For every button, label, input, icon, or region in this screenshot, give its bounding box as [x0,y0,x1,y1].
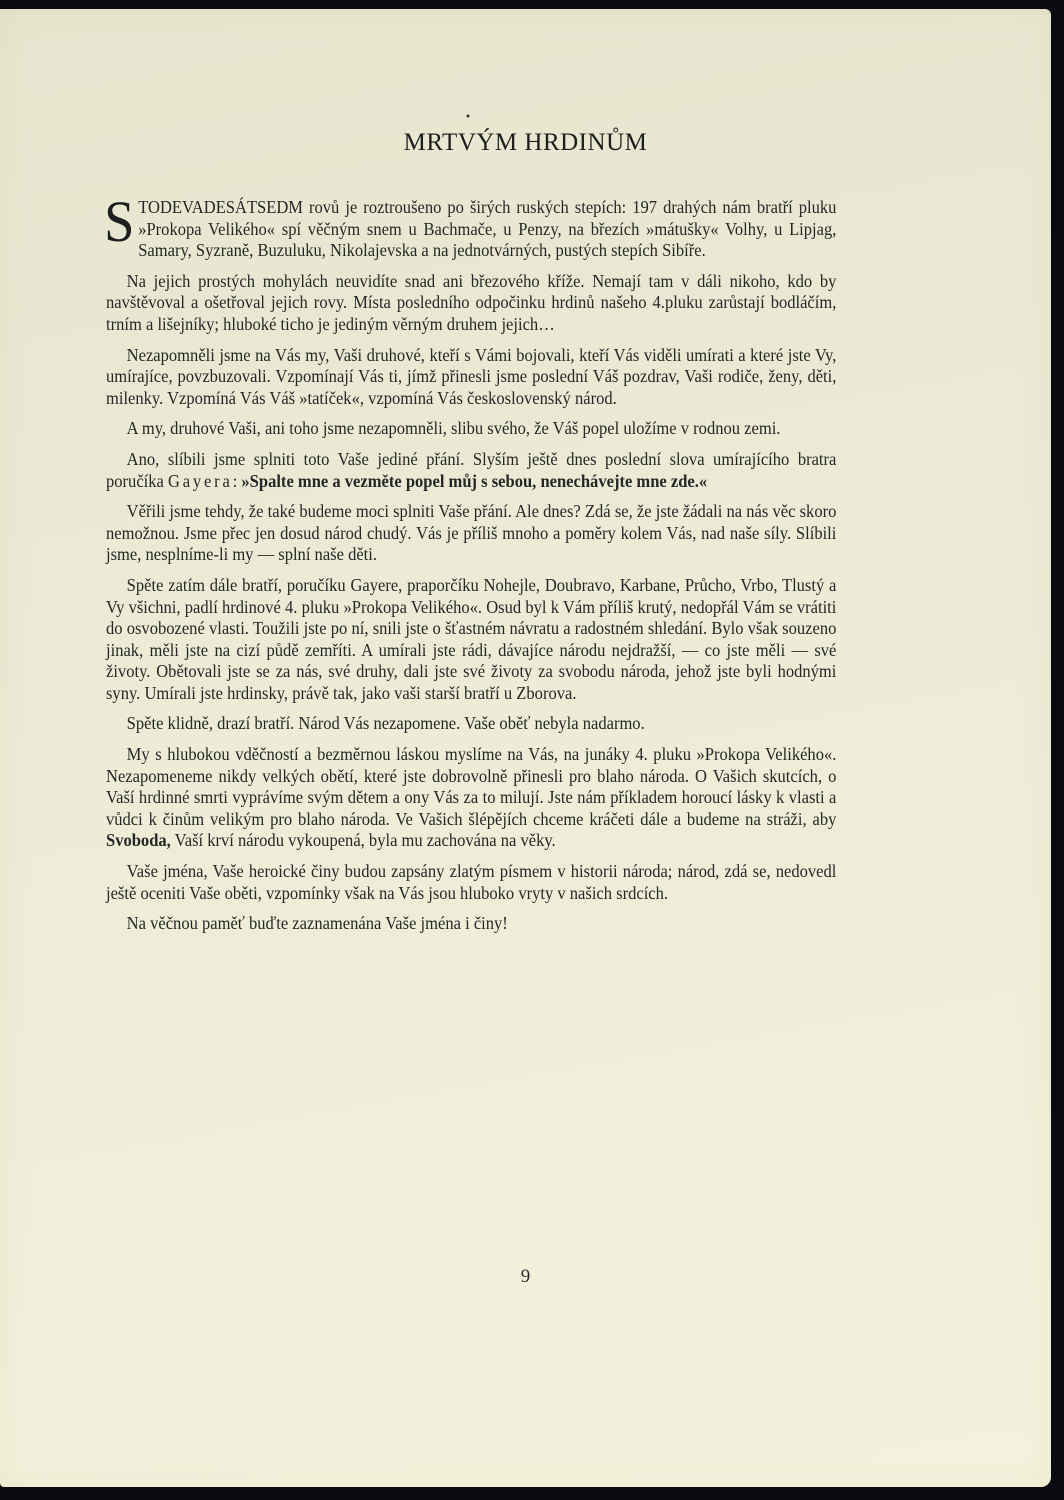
paragraph-4: A my, druhové Vaši, ani toho jsme nezapo… [106,418,836,440]
paragraph-7: Spěte zatím dále bratří, poručíku Gayere… [106,575,836,705]
word-svoboda: Svoboda, [106,830,171,850]
paragraph-8: Spěte klidně, drazí bratří. Národ Vás ne… [106,713,836,735]
book-page: • MRTVÝM HRDINŮM STODEVADESÁTSEDM rovů j… [0,9,1051,1487]
paragraph-10: Vaše jména, Vaše heroické činy budou zap… [106,861,836,904]
paragraph-11: Na věčnou paměť buďte zaznamenána Vaše j… [106,913,836,935]
body-text: STODEVADESÁTSEDM rovů je roztroušeno po … [106,197,836,944]
paragraph-9: My s hlubokou vděčností a bezměrnou lásk… [106,744,836,852]
paragraph-2: Na jejich prostých mohylách neuvidíte sn… [106,271,836,336]
printer-mark: • [465,112,471,123]
paragraph-5: Ano, slíbili jsme splniti toto Vaše jedi… [106,449,836,492]
paragraph-1: STODEVADESÁTSEDM rovů je roztroušeno po … [106,197,836,262]
paragraph-3: Nezapomněli jsme na Vás my, Vaši druhové… [106,345,836,410]
paragraph-6: Věřili jsme tehdy, že také budeme moci s… [106,501,836,566]
quote-last-words: »Spalte mne a vezměte popel můj s sebou,… [241,471,707,491]
name-gayer: Gayera [168,471,233,491]
page-title: MRTVÝM HRDINŮM [0,129,1051,157]
page-number: 9 [0,1266,1051,1288]
drop-cap: S [104,199,134,245]
